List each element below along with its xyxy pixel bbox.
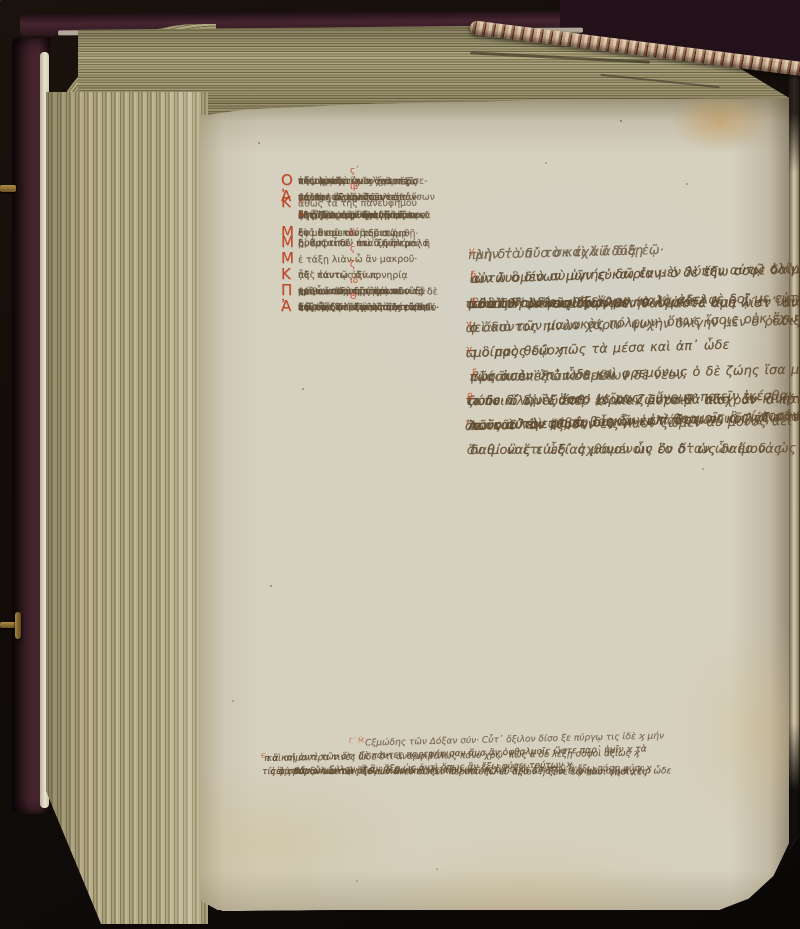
- rubric-mark: γ: [465, 319, 473, 330]
- clasp-pin-top: [0, 185, 16, 192]
- rubric-mark: θ: [466, 393, 474, 404]
- rubric-initial: Μ: [281, 237, 294, 248]
- rubric-initial: Μ: [281, 253, 294, 264]
- rubric-initial: Κ: [281, 197, 291, 208]
- rubric-numeral: ϛ´: [298, 166, 460, 176]
- text-line: ϕ᾽ ἄξι ἑῴας νῆφε τι φξὶ Δ´: [298, 210, 460, 223]
- rubric-initial: Π: [281, 285, 292, 296]
- rubric-initial: Ο: [281, 175, 293, 186]
- rubric-initial: Ἀ: [281, 301, 291, 312]
- summary-block: Καθὼς τὰ τῆς πανευφήμου γ´λης· ὅτι παρ᾽ …: [298, 198, 460, 222]
- rubric-initial: Κ: [281, 269, 291, 280]
- rubric-mark: δ: [469, 270, 477, 281]
- page-stack-fore-edge: [46, 92, 208, 924]
- rubric-mark: Δ´: [298, 209, 308, 217]
- rubric-mark: ι: [465, 417, 471, 428]
- rubric-numeral: ιβ´: [298, 182, 460, 192]
- text-left-column: ϛ´Οὐ καλὸν τὸ ἀντιλέγειν ϗ σε-νῆς ϕράζει…: [298, 166, 460, 308]
- rubric-mark: γ´: [298, 197, 308, 205]
- rubric-mark: Γ´: [348, 736, 357, 744]
- text-footnotes: Γ´ Ḿ Ϲξμώδης τῶν Δόξαν σύν· Ϲὗτ᾽ ὄξιλον …: [260, 740, 794, 766]
- parchment-specks: [0, 0, 2, 2]
- text-right-column: πλὴν τὸ δύο σκ ἐχλ ἀ διὰ ἑῷ· γ μὴ δ᾽ ὑπ᾽…: [468, 244, 798, 439]
- rubric-numeral: ϛ´: [298, 244, 460, 254]
- clasp-pin-bottom-cap: [15, 612, 21, 639]
- text-line: δαίμονας εὐεξίας μόνον ὧν ἕο δ᾽ ὡς δαίμο…: [470, 438, 800, 439]
- open-page: [200, 98, 790, 910]
- text-line: ἂν τοῦδ᾽ ἂν ἔξοδον εἰς λαὸν ζῶμεν αὖ μόν…: [465, 410, 795, 440]
- manuscript-photo: ϛ´Οὐ καλὸν τὸ ἀντιλέγειν ϗ σε-νῆς ϕράζει…: [0, 0, 800, 929]
- rubric-mark: Ḿ: [357, 736, 365, 744]
